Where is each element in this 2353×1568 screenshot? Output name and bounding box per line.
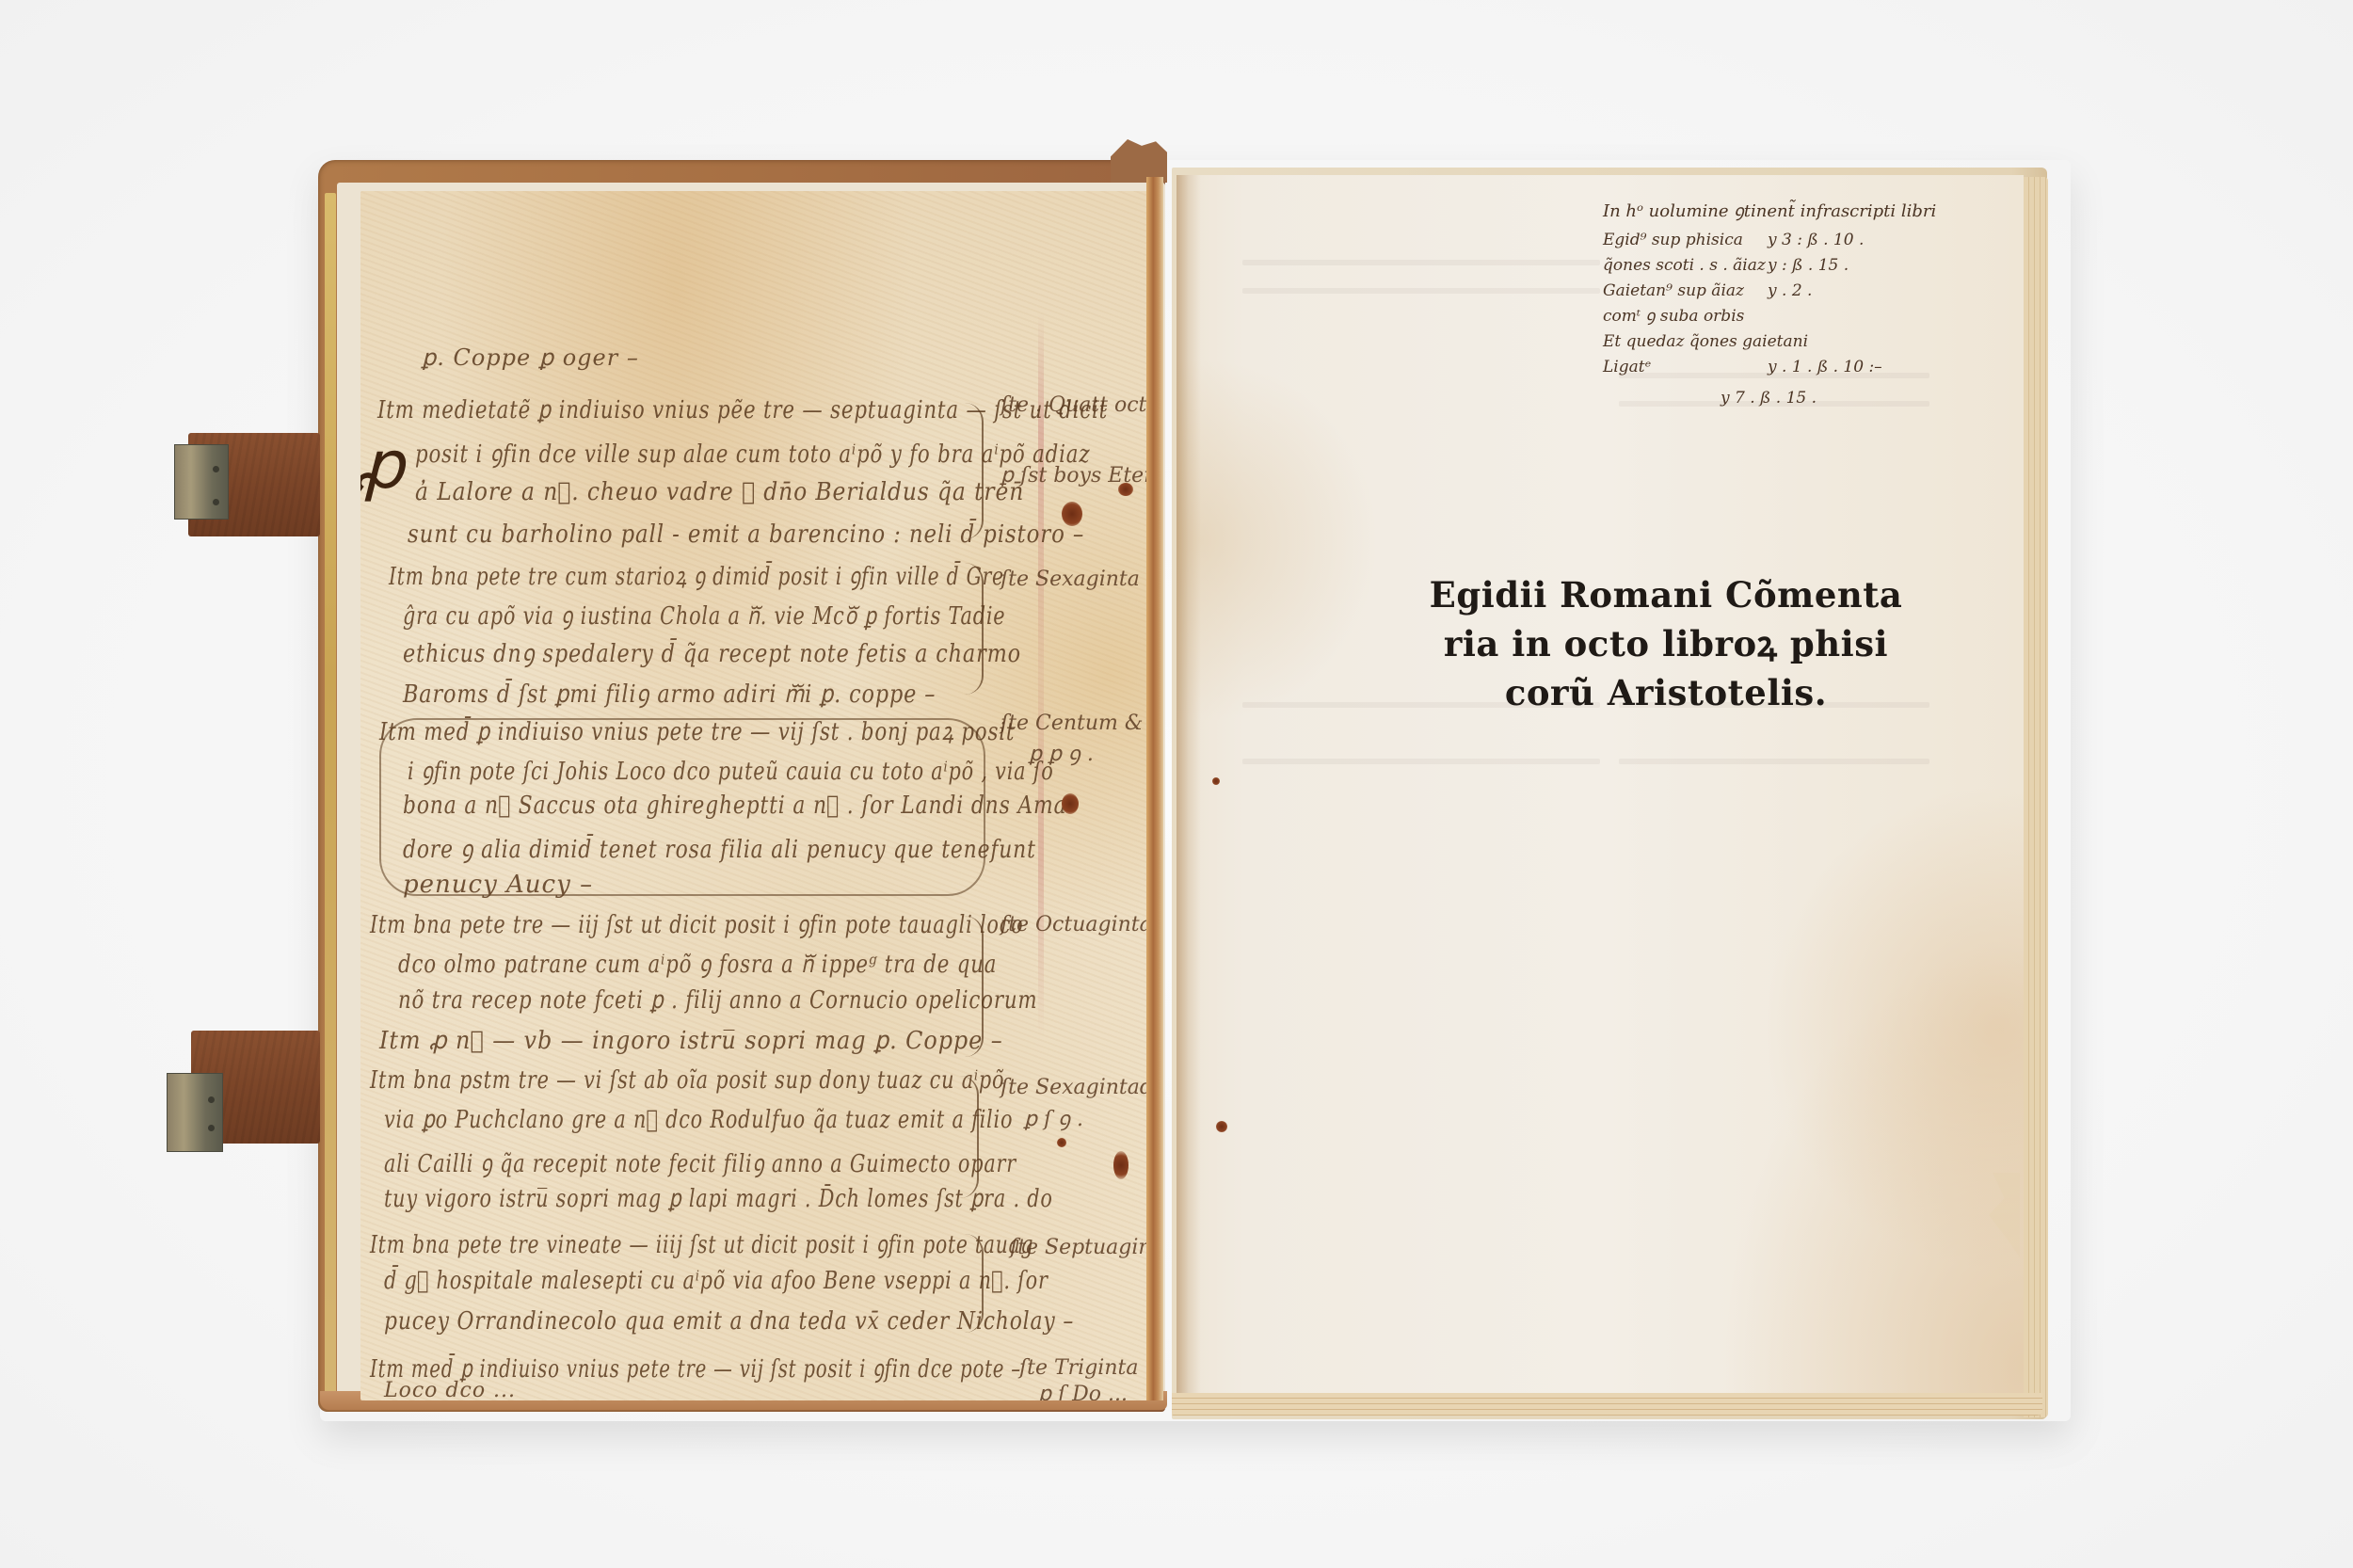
lower-clasp bbox=[165, 1021, 320, 1162]
margin-bracket bbox=[935, 563, 984, 695]
clasp-rivet bbox=[208, 1125, 215, 1131]
manuscript-pastedown: ꝓ ꝑ. Coppe ꝑ oger – Itm medietatẽ ꝑ indi… bbox=[360, 191, 1149, 1400]
rust-spot bbox=[1062, 502, 1082, 526]
rust-spot bbox=[1057, 1138, 1066, 1147]
manuscript-line: dco olmo patrane cum aⁱpõ ꝯ fosra a nᷓ i… bbox=[398, 946, 997, 980]
board-edge-turn-in bbox=[325, 193, 336, 1402]
clasp-metal-plate bbox=[167, 1073, 223, 1152]
clasp-rivet bbox=[213, 499, 219, 505]
manuscript-line: Itm bna pete tre cum starioꝝ ꝯ dimid̄ po… bbox=[389, 558, 1004, 592]
foxing-spot bbox=[1216, 1121, 1227, 1132]
clasp-metal-plate bbox=[174, 444, 229, 520]
margin-note: ſte . Quatt oct bbox=[1000, 393, 1146, 417]
margin-note: ſte Triginta bbox=[1019, 1356, 1138, 1380]
manuscript-header: ꝑ. Coppe ꝑ oger – bbox=[422, 344, 639, 371]
margin-note: ſte Septuagintasex bbox=[1010, 1236, 1149, 1259]
upper-clasp bbox=[169, 424, 320, 546]
page-stack-bottom-edge bbox=[1172, 1393, 2042, 1416]
title-line-1: Egidii Romani Cõmenta bbox=[1384, 570, 1948, 619]
margin-note: ꝑ ſ ꝯ . bbox=[1024, 1104, 1083, 1132]
spine-gutter bbox=[1146, 177, 1163, 1400]
inscription-heading: In hᵒ uolumine ꝯtinent̃ infrascripti lib… bbox=[1603, 199, 1998, 224]
foxing-spot bbox=[1212, 777, 1220, 785]
manuscript-line: ĝra cu apõ via ꝯ iustina Chola a nᷓ. vie… bbox=[403, 598, 1005, 632]
manuscript-line: Itm bna pstm tre — vi ſst ab oĩa posit s… bbox=[370, 1066, 1004, 1095]
entry-label: q̃ones scoti . s . ãiaz bbox=[1603, 253, 1768, 279]
entry-label: Egid⁹ sup phisica bbox=[1603, 228, 1768, 253]
handwritten-contents-inscription: In hᵒ uolumine ꝯtinent̃ infrascripti lib… bbox=[1603, 199, 1998, 406]
entry-value: y . 1 . ß . 10 :– bbox=[1768, 355, 1882, 380]
entry-label: comᵗ ꝯ suba orbis bbox=[1603, 304, 1768, 329]
manuscript-line: Loco dco ... bbox=[384, 1379, 516, 1400]
title-line-2: ria in octo libroꝝ phisi bbox=[1384, 619, 1948, 668]
photo-scene: ꝓ ꝑ. Coppe ꝑ oger – Itm medietatẽ ꝑ indi… bbox=[0, 0, 2353, 1568]
manuscript-line: via ꝑo Puchclano gre a nᷓ dco Rodulfuo q… bbox=[384, 1106, 1013, 1134]
printed-title: Egidii Romani Cõmenta ria in octo libroꝝ… bbox=[1384, 570, 1948, 717]
rust-spot bbox=[1113, 1151, 1128, 1179]
entry-label: Ligatᵉ bbox=[1603, 355, 1768, 380]
margin-note: ꝑ ꝑ ꝯ . bbox=[1029, 739, 1094, 767]
clasp-rivet bbox=[208, 1096, 215, 1103]
manuscript-line: Baroms d̄ ſst ꝑmi filiꝯ armo adiri mᷓi ꝑ… bbox=[403, 676, 936, 710]
margin-bracket bbox=[944, 1234, 984, 1333]
margin-bracket bbox=[925, 1076, 979, 1198]
manuscript-line: Itm ꝓ nᷓ — vb — ingoro istru̅ sopri mag … bbox=[379, 1027, 1003, 1055]
inscription-entry: comᵗ ꝯ suba orbis bbox=[1603, 304, 1998, 329]
rust-spot bbox=[1062, 793, 1079, 814]
manuscript-line: ali Cailli ꝯ q̃a recepit note fecit fili… bbox=[384, 1145, 1016, 1179]
page-stack-fore-edge bbox=[2024, 177, 2048, 1417]
inscription-total: y 7 . ß . 15 . bbox=[1721, 386, 2024, 411]
inscription-entry: Et quedaz q̃ones gaietani bbox=[1603, 329, 1998, 355]
entry-value: y . 2 . bbox=[1768, 279, 1812, 304]
inscription-entry: Egid⁹ sup phisica y 3 : ß . 10 . bbox=[1603, 228, 1998, 253]
manuscript-line: Itm bna pete tre vineate — iiij ſst ut d… bbox=[370, 1226, 1033, 1260]
rust-spot bbox=[1118, 483, 1133, 496]
margin-note: ſte Sexagintaduo bbox=[1000, 1076, 1149, 1099]
show-through-text bbox=[1619, 759, 1929, 764]
title-line-3: corũ Aristotelis. bbox=[1384, 668, 1948, 717]
inscription-entry: Ligatᵉ y . 1 . ß . 10 :– bbox=[1603, 355, 1998, 380]
margin-note: ſte Sexaginta bbox=[1000, 568, 1140, 591]
printed-title-page: In hᵒ uolumine ꝯtinent̃ infrascripti lib… bbox=[1176, 175, 2024, 1393]
ink-lasso-enclosure bbox=[379, 718, 985, 896]
margin-paragraph-mark: ꝓ bbox=[360, 426, 404, 504]
inscription-entry: q̃ones scoti . s . ãiaz y : ß . 15 . bbox=[1603, 253, 1998, 279]
margin-note: ſte Octuaginta bbox=[1000, 913, 1149, 936]
inscription-entry: Gaietan⁹ sup ãiaz y . 2 . bbox=[1603, 279, 1998, 304]
margin-bracket bbox=[925, 916, 984, 1057]
manuscript-line: Itm medietatẽ ꝑ indiuiso vnius pẽe tre —… bbox=[377, 396, 1108, 424]
margin-note: ꝑ ſ Do ... bbox=[1038, 1383, 1128, 1400]
page-tear bbox=[1981, 1173, 2020, 1257]
entry-label: Gaietan⁹ sup ãiaz bbox=[1603, 279, 1768, 304]
entry-value: y : ß . 15 . bbox=[1768, 253, 1849, 279]
entry-label: Et quedaz q̃ones gaietani bbox=[1603, 329, 1768, 355]
clasp-rivet bbox=[213, 466, 219, 472]
gutter-shadow bbox=[1176, 175, 1201, 1393]
entry-value: y 3 : ß . 10 . bbox=[1768, 228, 1864, 253]
manuscript-line: ethicus dnꝯ spedalery d̄ q̃a recept note… bbox=[403, 635, 1021, 669]
show-through-text bbox=[1242, 759, 1600, 764]
show-through-text bbox=[1242, 288, 1600, 294]
margin-note: ſte Centum & bbox=[1000, 712, 1143, 735]
manuscript-line: posit i ꝯfin dce ville sup alae cum toto… bbox=[415, 436, 1090, 470]
show-through-text bbox=[1242, 260, 1600, 265]
margin-bracket bbox=[925, 403, 984, 539]
